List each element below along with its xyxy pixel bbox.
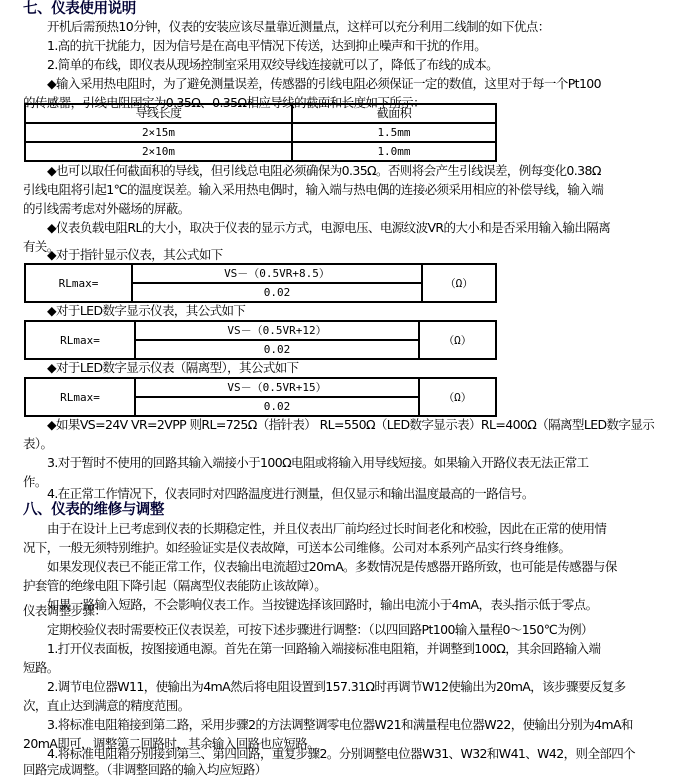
table-cell: 1.0mm (292, 142, 496, 161)
paragraph: 况下，一般无须特别维护。如经验证实是仪表故障，可送本公司维修。公司对本系列产品实… (23, 540, 570, 556)
paragraph: 表）。 (23, 436, 52, 452)
formula-denominator: 0.02 (135, 397, 419, 416)
formula-unit: （Ω） (419, 321, 496, 359)
paragraph: 1.高的抗干扰能力，因为信号是在高电平情况下传送，达到抑止噪声和干扰的作用。 (47, 38, 486, 54)
formula-table-led-isolated: RLmax= VS－（0.5VR+15） （Ω） 0.02 (24, 377, 497, 417)
paragraph: ◆输入采用热电阻时，为了避免测量误差，传感器的引线电阻必须保证一定的数值，这里对… (47, 76, 601, 92)
paragraph: 3.对于暂时不使用的回路其输入端接小于100Ω电阻或将输入用导线短接。如果输入开… (47, 455, 589, 471)
formula-numerator: VS－（0.5VR+12） (135, 321, 419, 340)
formula-label: RLmax= (25, 378, 135, 416)
table-row: 2×15m 1.5mm (25, 123, 496, 142)
table-cell: 1.5mm (292, 123, 496, 142)
formula-intro: ◆对于LED数字显示仪表（隔离型），其公式如下 (47, 360, 299, 376)
paragraph: 2.简单的布线，即仪表从现场控制室采用双绞导线连接就可以了，降低了布线的成本。 (47, 57, 498, 73)
paragraph: 由于在设计上已考虑到仪表的长期稳定性，并且仪表出厂前均经过长时间老化和校验，因此… (47, 521, 606, 537)
step-4-cont: 回路完成调整。（非调整回路的输入均应短路） (23, 762, 267, 778)
paragraph: 4.在正常工作情况下，仪表同时对四路温度进行测量，但仅显示和输出温度最高的一路信… (47, 486, 534, 502)
formula-unit: （Ω） (422, 264, 496, 302)
table-cell: 2×15m (25, 123, 292, 142)
step-1: 1.打开仪表面板，按图接通电源。首先在第一回路输入端接标准电阻箱，并调整到100… (47, 641, 600, 657)
paragraph: 引线电阻将引起1℃的温度误差。输入采用热电偶时，输入端与热电偶的连接必须采用相应… (23, 182, 603, 198)
section-8-title: 八、仪表的维修与调整 (23, 501, 164, 519)
paragraph: 定期校验仪表时需要校正仪表误差，可按下述步骤进行调整：（以四回路Pt100输入量… (47, 622, 593, 638)
step-1-cont: 短路。 (23, 660, 59, 676)
step-3: 3.将标准电阻箱接到第二路，采用步骤2的方法调整调零电位器W21和满量程电位器W… (47, 717, 633, 733)
formula-numerator: VS－（0.5VR+8.5） (132, 264, 422, 283)
paragraph: 作。 (23, 474, 47, 490)
paragraph: 如果发现仪表已不能正常工作，仪表输出电流超过20mA。多数情况是传感器开路所致，… (47, 559, 617, 575)
formula-label: RLmax= (25, 264, 132, 302)
formula-unit: （Ω） (419, 378, 496, 416)
formula-denominator: 0.02 (132, 283, 422, 302)
table-row: 2×10m 1.0mm (25, 142, 496, 161)
formula-label: RLmax= (25, 321, 135, 359)
table-header-cell: 导线长度 (25, 104, 292, 123)
table-header-row: 导线长度 截面积 (25, 104, 496, 123)
paragraph: ◆也可以取任何截面积的导线，但引线总电阻必须确保为0.35Ω。否则将会产生引线误… (47, 163, 601, 179)
paragraph: 护套管的绝缘电阻下降引起（隔离型仪表能防止该故障）。 (23, 578, 326, 594)
formula-intro: ◆对于指针显示仪表，其公式如下 (47, 247, 223, 263)
formula-numerator: VS－（0.5VR+15） (135, 378, 419, 397)
wire-spec-table: 导线长度 截面积 2×15m 1.5mm 2×10m 1.0mm (24, 103, 497, 162)
step-2-cont: 次，直止达到满意的精度范围。 (23, 698, 190, 714)
document-page: 七、仪表使用说明 开机后需预热10分钟，仪表的安装应该尽量靠近测量点，这样可以充… (0, 0, 696, 780)
table-header-cell: 截面积 (292, 104, 496, 123)
paragraph: ◆仪表负载电阻RL的大小，取决于仪表的显示方式，电源电压、电源纹波VR的大小和是… (47, 220, 610, 236)
table-cell: 2×10m (25, 142, 292, 161)
paragraph: 的引线需考虑对外磁场的屏蔽。 (23, 201, 190, 217)
paragraph: 开机后需预热10分钟，仪表的安装应该尽量靠近测量点，这样可以充分利用二线制的如下… (47, 19, 550, 35)
formula-denominator: 0.02 (135, 340, 419, 359)
paragraph: ◆如果VS=24V VR=2VPP 则RL=725Ω（指针表） RL=550Ω（… (47, 417, 654, 433)
step-2: 2.调节电位器W11，使输出为4mA然后将电阻设置到157.31Ω时再调节W12… (47, 679, 625, 695)
step-4: 4.将标准电阻箱分别接到第三、第四回路，重复步骤2。分别调整电位器W31、W32… (47, 746, 635, 762)
formula-table-pointer: RLmax= VS－（0.5VR+8.5） （Ω） 0.02 (24, 263, 497, 303)
paragraph: 如果一路输入短路，不会影响仪表工作。当按键选择该回路时，输出电流小于4mA，表头… (47, 597, 597, 613)
steps-title: 仪表调整步骤： (23, 603, 106, 619)
formula-intro: ◆对于LED数字显示仪表，其公式如下 (47, 303, 245, 319)
section-7-title: 七、仪表使用说明 (23, 0, 136, 18)
formula-table-led: RLmax= VS－（0.5VR+12） （Ω） 0.02 (24, 320, 497, 360)
